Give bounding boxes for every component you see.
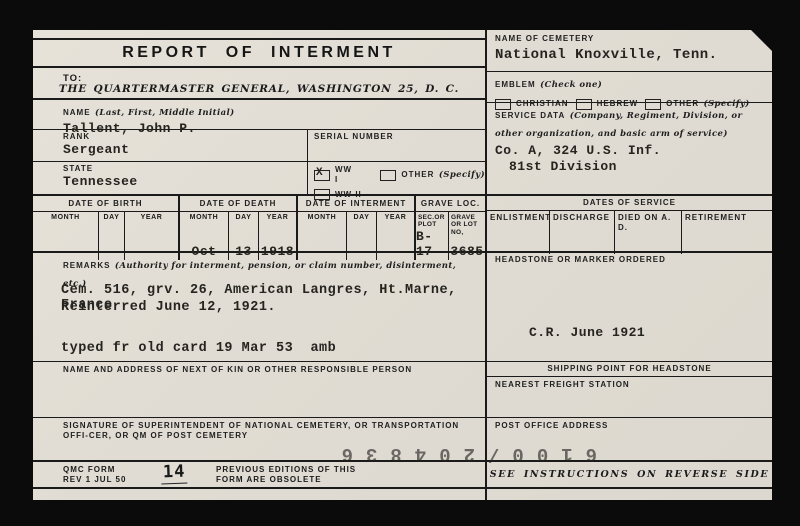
signature-label: SIGNATURE OF SUPERINTENDENT OF NATIONAL … bbox=[63, 421, 471, 441]
remarks-label: REMARKS bbox=[63, 261, 110, 270]
next-of-kin-label: NAME AND ADDRESS OF NEXT OF KIN OR OTHER… bbox=[63, 365, 477, 375]
remarks-line2: Reinterred June 12, 1921. bbox=[61, 300, 276, 315]
dates-table-body: MONTH DAY YEAR MONTHOct DAY13 YEAR1918 M… bbox=[33, 212, 485, 254]
obsolete-note: PREVIOUS EDITIONS OF THIS FORM ARE OBSOL… bbox=[216, 465, 356, 486]
form-number-line1: QMC FORM bbox=[63, 465, 126, 475]
post-office-section: POST OFFICE ADDRESS bbox=[487, 418, 772, 462]
ww1-checkbox: X bbox=[314, 170, 330, 181]
form-number-line2: REV 1 JUL 50 bbox=[63, 475, 126, 485]
dates-of-service-header: DATES OF SERVICE bbox=[487, 196, 772, 211]
state-cell: STATE Tennessee bbox=[33, 162, 308, 194]
state-war-row: STATE Tennessee X WW I OTHER (Specify) W… bbox=[33, 162, 485, 196]
emblem-section: EMBLEM (Check one) CHRISTIAN HEBREW OTHE… bbox=[487, 72, 772, 103]
war-checkboxes-cell: X WW I OTHER (Specify) WW II bbox=[308, 162, 485, 194]
war-other-label: OTHER bbox=[401, 170, 434, 180]
emblem-label: EMBLEM bbox=[495, 80, 536, 89]
cemetery-section: NAME OF CEMETERY National Knoxville, Ten… bbox=[487, 30, 772, 72]
service-data-line1: Co. A, 324 U.S. Inf. bbox=[495, 143, 661, 158]
next-of-kin-section: NAME AND ADDRESS OF NEXT OF KIN OR OTHER… bbox=[33, 362, 485, 418]
signature-section: SIGNATURE OF SUPERINTENDENT OF NATIONAL … bbox=[33, 418, 485, 462]
dates-of-service-section: DATES OF SERVICE ENLISTMENT DISCHARGE DI… bbox=[487, 196, 772, 253]
service-data-label: SERVICE DATA bbox=[495, 111, 565, 120]
cemetery-label: NAME OF CEMETERY bbox=[495, 34, 772, 44]
name-section: NAME (Last, First, Middle Initial) Talle… bbox=[33, 100, 485, 130]
form-footer-right: SEE INSTRUCTIONS ON REVERSE SIDE bbox=[487, 462, 772, 489]
obsolete-line1: PREVIOUS EDITIONS OF THIS bbox=[216, 465, 356, 475]
rank-label: RANK bbox=[63, 132, 307, 142]
state-value: Tennessee bbox=[63, 174, 307, 189]
headstone-label: HEADSTONE OR MARKER ORDERED bbox=[495, 255, 772, 265]
service-data-line2: 81st Division bbox=[509, 159, 617, 174]
left-column: REPORT OF INTERMENT TO: THE QUARTERMASTE… bbox=[33, 30, 485, 500]
grave-loc-header: GRAVE LOC. bbox=[416, 196, 485, 211]
name-label-hint: (Last, First, Middle Initial) bbox=[95, 108, 235, 118]
dates-of-service-columns: ENLISTMENT DISCHARGE DIED ON A. D. RETIR… bbox=[487, 211, 772, 254]
obsolete-line2: FORM ARE OBSOLETE bbox=[216, 475, 356, 485]
rank-value: Sergeant bbox=[63, 142, 307, 157]
freight-station-section: NEAREST FREIGHT STATION bbox=[487, 377, 772, 418]
discharge-cell: DISCHARGE bbox=[550, 211, 615, 254]
remarks-line3: typed fr old card 19 Mar 53 amb bbox=[61, 341, 336, 356]
dates-table-header: DATE OF BIRTH DATE OF DEATH DATE OF INTE… bbox=[33, 196, 485, 212]
dates-table: DATE OF BIRTH DATE OF DEATH DATE OF INTE… bbox=[33, 196, 485, 253]
remarks-section: REMARKS (Authority for interment, pensio… bbox=[33, 253, 485, 362]
title-band: REPORT OF INTERMENT bbox=[33, 38, 485, 68]
handwritten-form-number: 14 bbox=[161, 462, 188, 485]
form-footer-left: QMC FORM REV 1 JUL 50 14 PREVIOUS EDITIO… bbox=[33, 462, 485, 489]
right-column: NAME OF CEMETERY National Knoxville, Ten… bbox=[485, 30, 772, 500]
serial-number-cell: SERIAL NUMBER bbox=[308, 130, 485, 161]
scanned-document-page: { "page": { "background": "#0b0b0b", "ca… bbox=[0, 0, 800, 526]
retirement-cell: RETIREMENT bbox=[682, 211, 772, 254]
shipping-point-header: SHIPPING POINT FOR HEADSTONE bbox=[487, 362, 772, 377]
rank-cell: RANK Sergeant bbox=[33, 130, 308, 161]
ww1-check-mark: X bbox=[316, 167, 323, 179]
emblem-label-hint: (Check one) bbox=[540, 80, 602, 90]
date-of-death-header: DATE OF DEATH bbox=[180, 196, 298, 211]
post-office-label: POST OFFICE ADDRESS bbox=[495, 421, 772, 431]
reverse-side-note: SEE INSTRUCTIONS ON REVERSE SIDE bbox=[490, 469, 769, 480]
headstone-section: HEADSTONE OR MARKER ORDERED C.R. June 19… bbox=[487, 253, 772, 362]
enlistment-cell: ENLISTMENT bbox=[487, 211, 550, 254]
ww1-label: WW I bbox=[335, 165, 356, 185]
freight-station-label: NEAREST FREIGHT STATION bbox=[495, 380, 772, 390]
name-label: NAME bbox=[63, 108, 91, 117]
addressee-text: THE QUARTERMASTER GENERAL, WASHINGTON 25… bbox=[33, 83, 485, 95]
date-of-interment-header: DATE OF INTERMENT bbox=[298, 196, 416, 211]
died-on-ad-cell: DIED ON A. D. bbox=[615, 211, 682, 254]
addressee-section: TO: THE QUARTERMASTER GENERAL, WASHINGTO… bbox=[33, 70, 485, 100]
serial-number-label: SERIAL NUMBER bbox=[314, 132, 485, 142]
war-other-hint: (Specify) bbox=[439, 170, 485, 181]
report-of-interment-card: REPORT OF INTERMENT TO: THE QUARTERMASTE… bbox=[33, 30, 772, 500]
headstone-value: C.R. June 1921 bbox=[529, 325, 645, 340]
cemetery-value: National Knoxville, Tenn. bbox=[495, 47, 772, 63]
service-data-section: SERVICE DATA (Company, Regiment, Divisio… bbox=[487, 103, 772, 196]
form-number-block: QMC FORM REV 1 JUL 50 bbox=[63, 465, 126, 486]
war-other-checkbox bbox=[380, 170, 396, 181]
form-title: REPORT OF INTERMENT bbox=[122, 44, 396, 62]
rank-serial-row: RANK Sergeant SERIAL NUMBER bbox=[33, 130, 485, 162]
date-of-birth-header: DATE OF BIRTH bbox=[33, 196, 180, 211]
state-label: STATE bbox=[63, 164, 307, 174]
